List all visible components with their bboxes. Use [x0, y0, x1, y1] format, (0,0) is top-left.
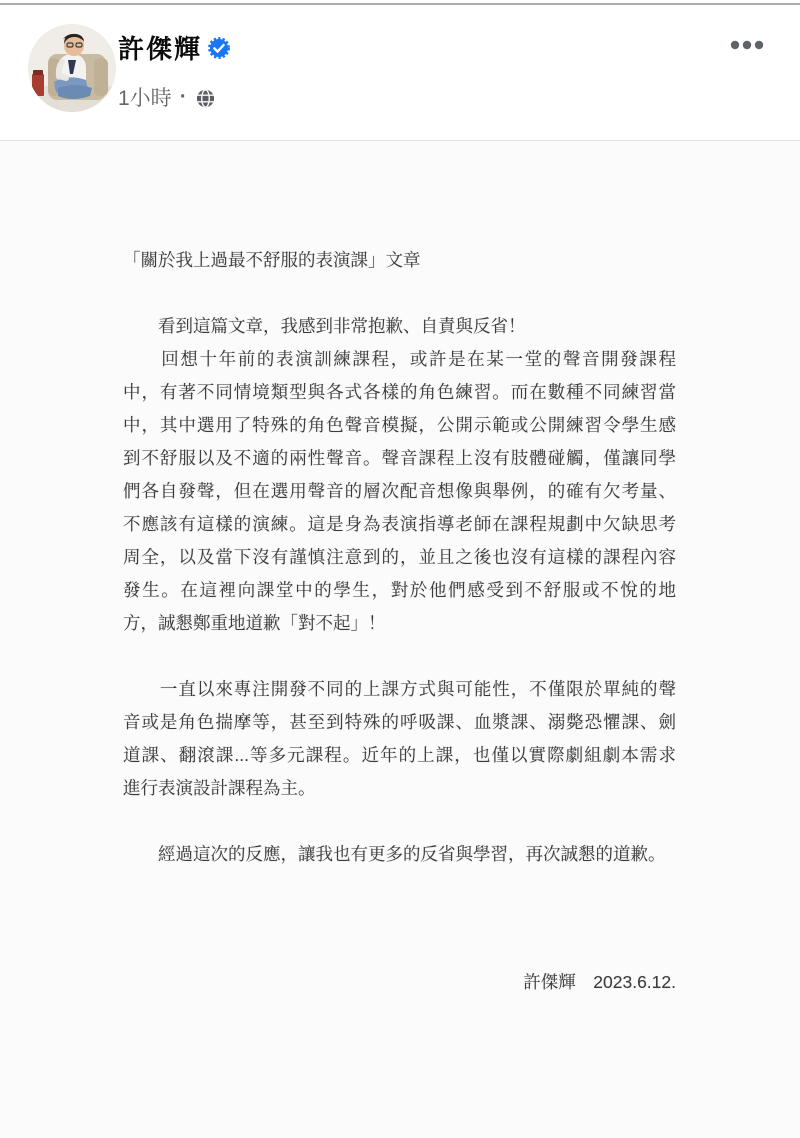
document-line: 經過這次的反應，讓我也有更多的反省與學習，再次誠懇的道歉。 — [123, 838, 676, 871]
timestamp[interactable]: 1小時 — [118, 82, 172, 112]
verified-badge-icon — [208, 37, 230, 59]
post-meta: 1小時 · — [118, 82, 216, 112]
globe-icon — [195, 88, 216, 109]
document-signature: 許傑輝 2023.6.12. — [123, 966, 676, 999]
facebook-post: 許傑輝 1小時 · — [0, 0, 800, 1138]
more-options-button[interactable] — [720, 29, 774, 61]
document-line: 音或是角色揣摩等，甚至到特殊的呼吸課、血漿課、溺斃恐懼課、劍 — [123, 706, 676, 739]
document-line: 道課、翻滾課...等多元課程。近年的上課，也僅以實際劇組劇本需求 — [123, 739, 676, 772]
document-line: 進行表演設計課程為主。 — [123, 772, 676, 805]
document-line: 們各自發聲，但在選用聲音的層次配音想像與舉例，的確有欠考量、 — [123, 475, 676, 508]
document-body: 看到這篇文章，我感到非常抱歉、自責與反省！ 回想十年前的表演訓練課程，或許是在某… — [123, 310, 676, 871]
document-line: 方，誠懇鄭重地道歉「對不起」！ — [123, 607, 676, 640]
document-line: 不應該有這樣的演練。這是身為表演指導老師在課程規劃中欠缺思考 — [123, 508, 676, 541]
document-line: 到不舒服以及不適的兩性聲音。聲音課程上沒有肢體碰觸，僅讓同學 — [123, 442, 676, 475]
document-line: 發生。在這裡向課堂中的學生，對於他們感受到不舒服或不悅的地 — [123, 574, 676, 607]
document-title: 「關於我上過最不舒服的表演課」文章 — [123, 244, 676, 277]
document-line: 一直以來專注開發不同的上課方式與可能性，不僅限於單純的聲 — [123, 673, 676, 706]
avatar-photo-icon — [28, 24, 116, 112]
avatar[interactable] — [28, 24, 116, 112]
statement-document: 「關於我上過最不舒服的表演課」文章 看到這篇文章，我感到非常抱歉、自責與反省！ … — [123, 244, 676, 999]
three-dots-icon — [730, 40, 764, 50]
document-line: 中，有著不同情境類型與各式各樣的角色練習。而在數種不同練習當 — [123, 376, 676, 409]
document-line: 周全，以及當下沒有謹慎注意到的，並且之後也沒有這樣的課程內容 — [123, 541, 676, 574]
document-line: 看到這篇文章，我感到非常抱歉、自責與反省！ — [123, 310, 676, 343]
post-image[interactable]: 「關於我上過最不舒服的表演課」文章 看到這篇文章，我感到非常抱歉、自責與反省！ … — [0, 141, 800, 1138]
meta-separator: · — [180, 85, 187, 109]
document-line: 中，其中選用了特殊的角色聲音模擬，公開示範或公開練習令學生感 — [123, 409, 676, 442]
author-name[interactable]: 許傑輝 — [118, 29, 202, 66]
post-header: 許傑輝 1小時 · — [0, 5, 800, 140]
author-row: 許傑輝 — [118, 29, 230, 66]
document-line: 回想十年前的表演訓練課程，或許是在某一堂的聲音開發課程 — [123, 343, 676, 376]
